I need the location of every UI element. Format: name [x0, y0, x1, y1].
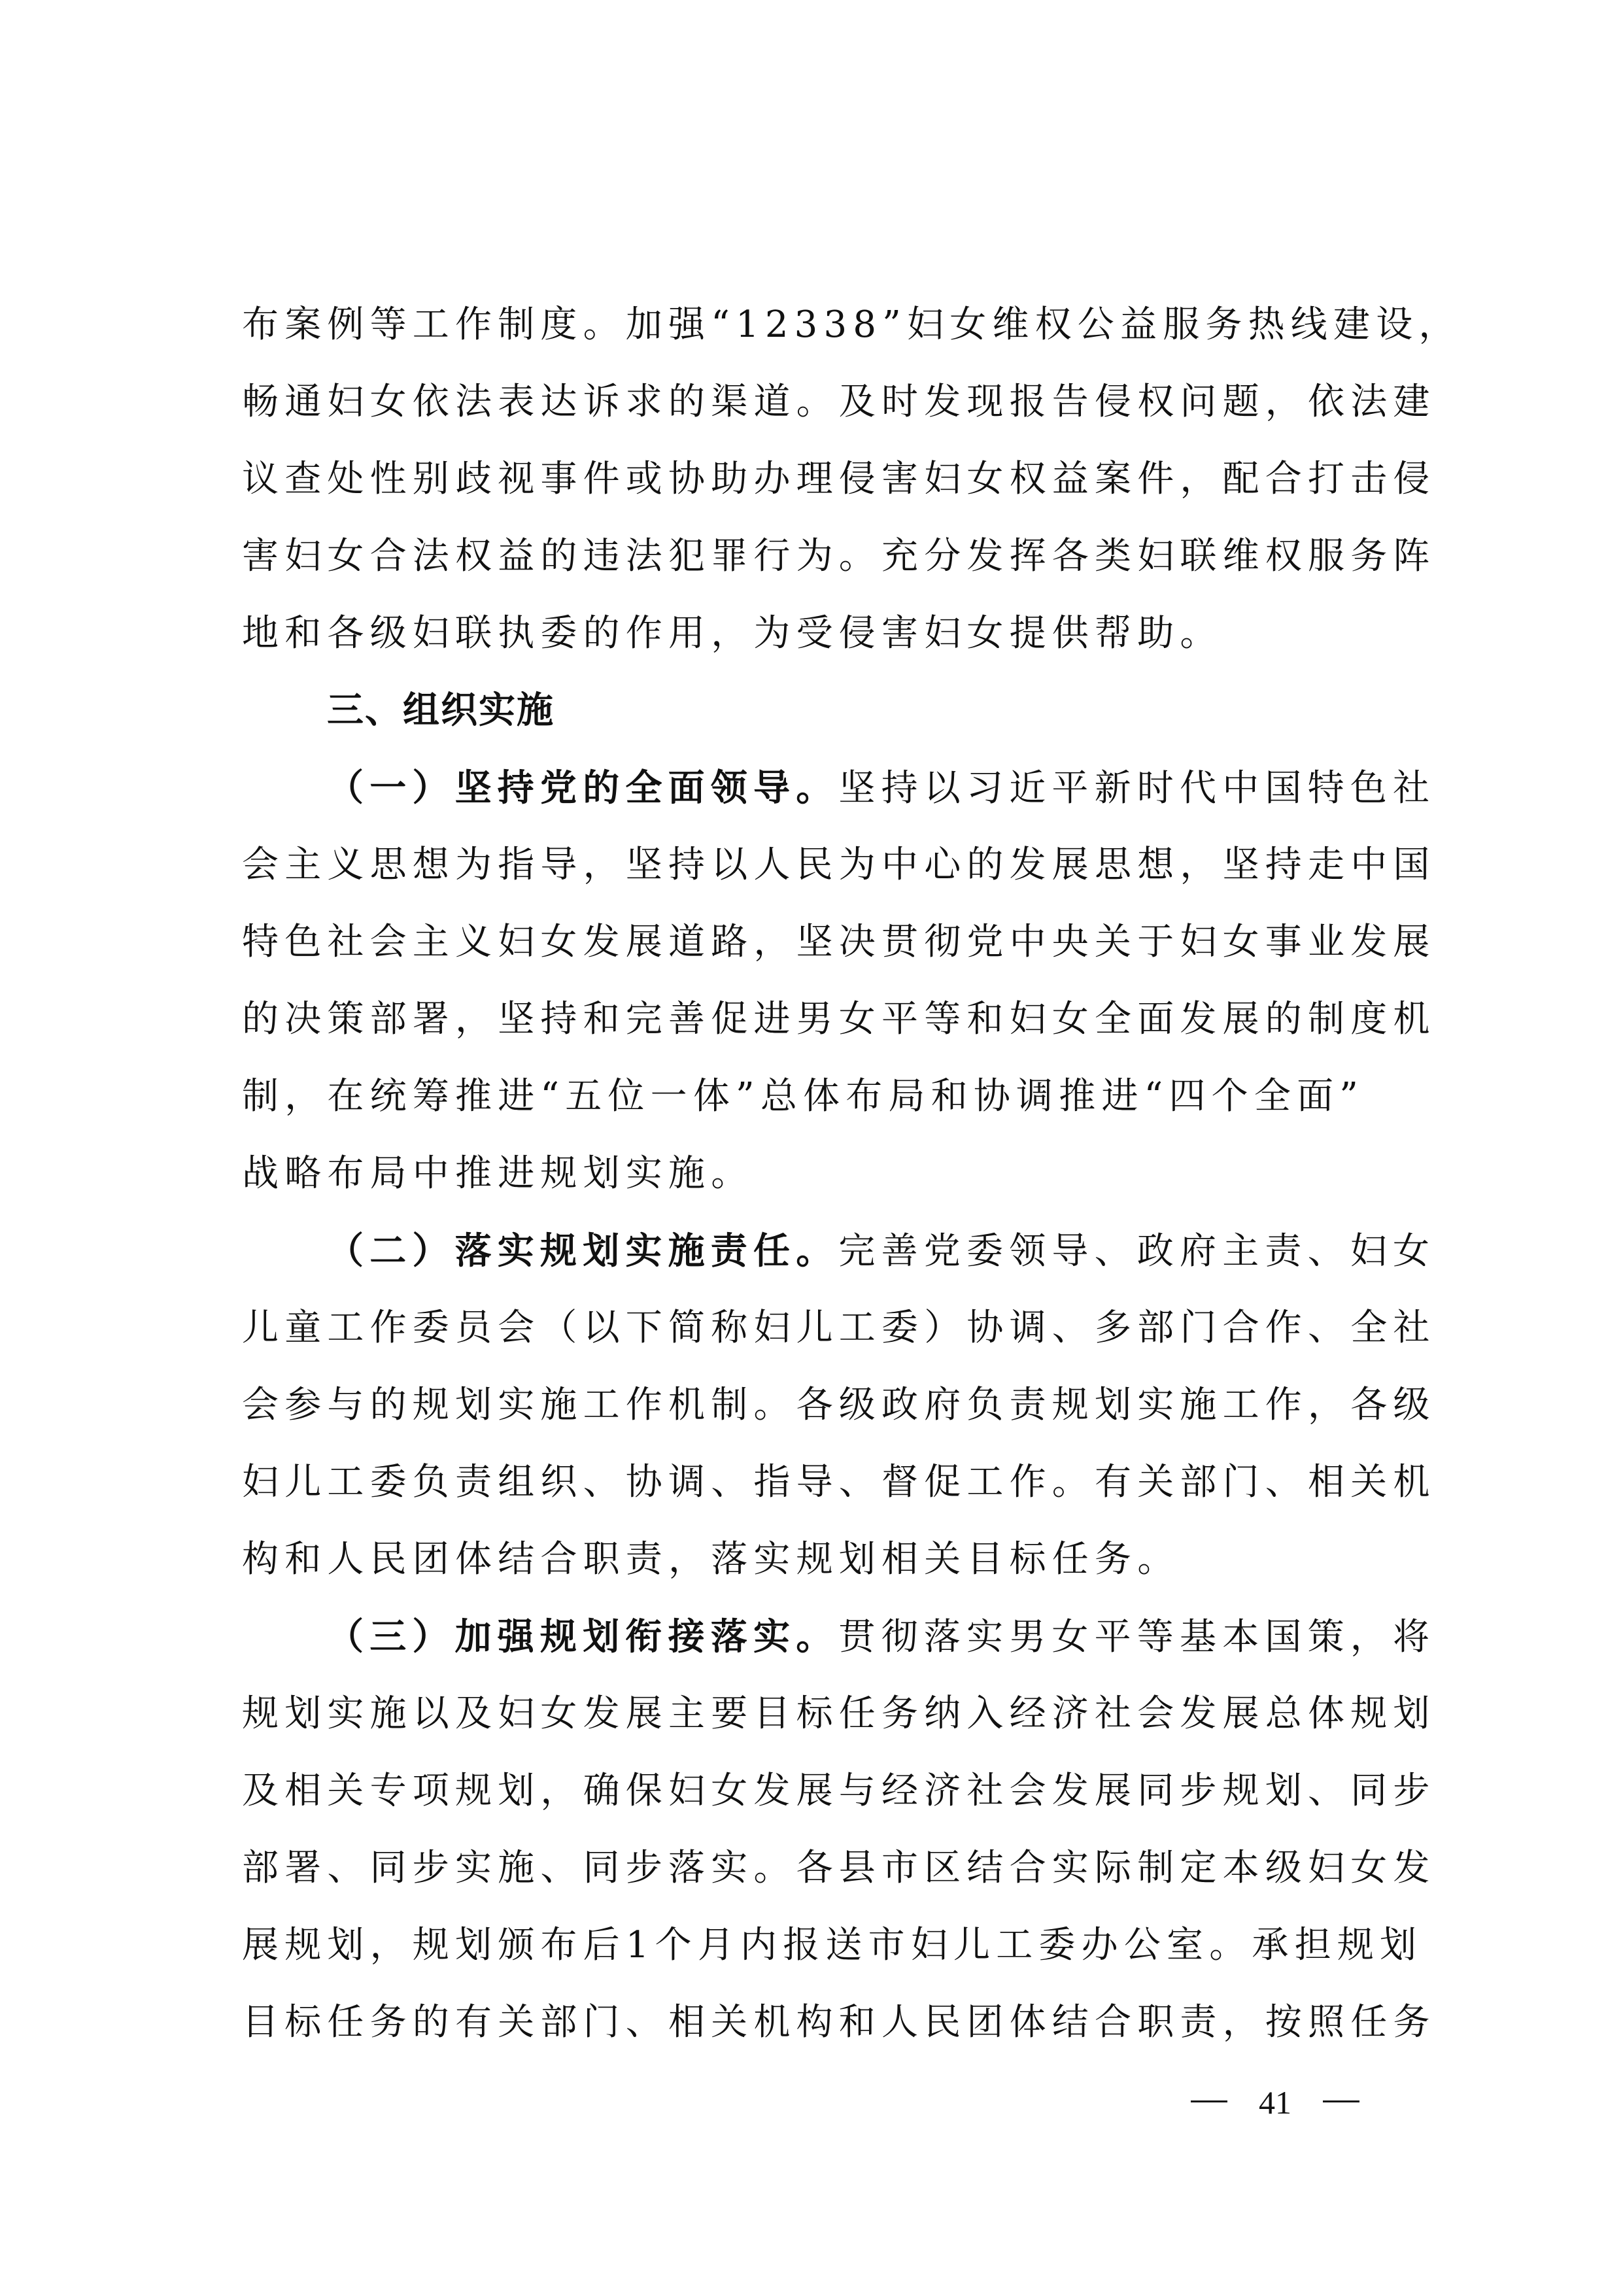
- paragraph-text: 贯彻落实男女平等基本国策，将: [838, 1616, 1435, 1658]
- text-line: 地和各级妇联执委的作用，为受侵害妇女提供帮助。: [242, 595, 1439, 672]
- paragraph-text: 完善党委领导、政府主责、妇女: [838, 1230, 1435, 1273]
- paragraph-first-line: （二）落实规划实施责任。完善党委领导、政府主责、妇女: [242, 1212, 1439, 1290]
- text-line: 特色社会主义妇女发展道路，坚决贯彻党中央关于妇女事业发展: [242, 904, 1439, 981]
- text-line: 制，在统筹推进“五位一体”总体布局和协调推进“四个全面”: [242, 1058, 1439, 1135]
- text-line: 害妇女合法权益的违法犯罪行为。充分发挥各类妇联维权服务阵: [242, 518, 1439, 595]
- text-line: 部署、同步实施、同步落实。各县市区结合实际制定本级妇女发: [242, 1830, 1439, 1907]
- text-line: 会主义思想为指导，坚持以人民为中心的发展思想，坚持走中国: [242, 827, 1439, 904]
- text-line: 布案例等工作制度。加强“12338”妇女维权公益服务热线建设，: [242, 286, 1439, 364]
- text-line: 规划实施以及妇女发展主要目标任务纳入经济社会发展总体规划: [242, 1675, 1439, 1753]
- paragraph-text: 坚持以习近平新时代中国特色社: [838, 767, 1435, 810]
- dash-right-icon: [1323, 2100, 1359, 2102]
- document-page: 布案例等工作制度。加强“12338”妇女维权公益服务热线建设， 畅通妇女依法表达…: [0, 0, 1623, 2296]
- section-heading: 三、组织实施: [242, 672, 1439, 749]
- page-number-value: 41: [1259, 2083, 1291, 2121]
- paragraph-3: （三）加强规划衔接落实。贯彻落实男女平等基本国策，将 规划实施以及妇女发展主要目…: [242, 1598, 1439, 2061]
- paragraph-first-line: （三）加强规划衔接落实。贯彻落实男女平等基本国策，将: [242, 1598, 1439, 1675]
- text-line: 的决策部署，坚持和完善促进男女平等和妇女全面发展的制度机: [242, 981, 1439, 1058]
- paragraph-lead: （二）落实规划实施责任。: [327, 1229, 838, 1273]
- text-line: 儿童工作委员会（以下简称妇儿工委）协调、多部门合作、全社: [242, 1290, 1439, 1367]
- page-number: 41: [1112, 2073, 1439, 2132]
- text-line: 及相关专项规划，确保妇女发展与经济社会发展同步规划、同步: [242, 1753, 1439, 1830]
- paragraph-lead: （一）坚持党的全面领导。: [327, 766, 838, 810]
- text-line: 畅通妇女依法表达诉求的渠道。及时发现报告侵权问题，依法建: [242, 364, 1439, 441]
- text-line: 战略布局中推进规划实施。: [242, 1135, 1439, 1212]
- paragraph-2: （二）落实规划实施责任。完善党委领导、政府主责、妇女 儿童工作委员会（以下简称妇…: [242, 1212, 1439, 1598]
- paragraph-1: （一）坚持党的全面领导。坚持以习近平新时代中国特色社 会主义思想为指导，坚持以人…: [242, 749, 1439, 1212]
- dash-left-icon: [1191, 2100, 1227, 2102]
- text-line: 目标任务的有关部门、相关机构和人民团体结合职责，按照任务: [242, 1984, 1439, 2061]
- text-line: 展规划，规划颁布后1个月内报送市妇儿工委办公室。承担规划: [242, 1907, 1439, 1984]
- text-line: 议查处性别歧视事件或协助办理侵害妇女权益案件，配合打击侵: [242, 441, 1439, 518]
- text-line: 会参与的规划实施工作机制。各级政府负责规划实施工作，各级: [242, 1367, 1439, 1444]
- text-line: 妇儿工委负责组织、协调、指导、督促工作。有关部门、相关机: [242, 1444, 1439, 1521]
- paragraph-first-line: （一）坚持党的全面领导。坚持以习近平新时代中国特色社: [242, 749, 1439, 827]
- paragraph-lead: （三）加强规划衔接落实。: [327, 1615, 838, 1658]
- text-line: 构和人民团体结合职责，落实规划相关目标任务。: [242, 1521, 1439, 1598]
- body-text: 布案例等工作制度。加强“12338”妇女维权公益服务热线建设， 畅通妇女依法表达…: [242, 286, 1439, 2061]
